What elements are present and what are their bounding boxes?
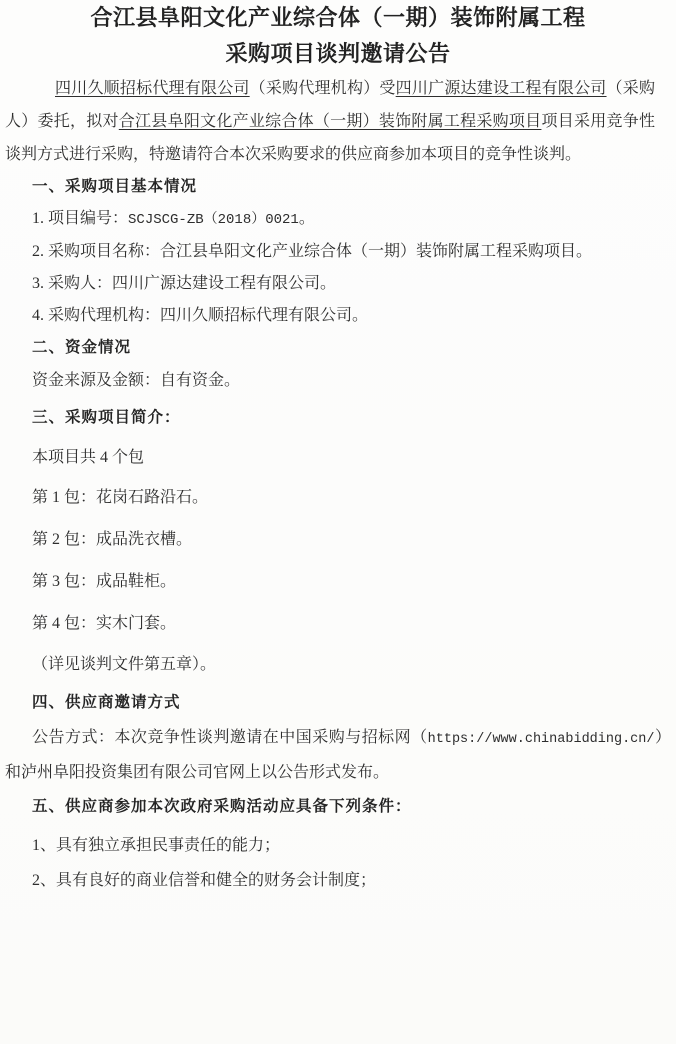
purchaser-name: 四川广源达建设工程有限公司	[396, 80, 607, 97]
project-number-item: 1. 项目编号：SCJSCG-ZB（2018）0021。	[5, 203, 671, 236]
package-4-item: 第 4 包：实木门套。	[5, 603, 671, 645]
section-2-heading: 二、资金情况	[5, 332, 671, 364]
project-name-item: 2. 采购项目名称：合江县阜阳文化产业综合体（一期）装饰附属工程采购项目。	[5, 236, 671, 268]
announcement-method-paragraph: 公告方式：本次竞争性谈判邀请在中国采购与招标网（https://www.chin…	[5, 721, 671, 789]
procurement-agency-name: 四川久顺招标代理有限公司	[55, 80, 250, 97]
condition-2-item: 2、具有良好的商业信誉和健全的财务会计制度；	[5, 867, 671, 895]
agency-role-text: （采购代理机构）受	[250, 80, 396, 97]
see-chapter-note: （详见谈判文件第五章）。	[5, 645, 671, 685]
section-3-heading: 三、采购项目简介：	[5, 397, 671, 439]
announcement-prefix: 公告方式：本次竞争性谈判邀请在中国采购与招标网（	[32, 729, 428, 746]
funding-source-line: 资金来源及金额：自有资金。	[5, 364, 671, 397]
project-number-code: SCJSCG-ZB（2018）0021	[128, 212, 299, 228]
package-1-item: 第 1 包：花岗石路沿石。	[5, 477, 671, 519]
package-2-item: 第 2 包：成品洗衣槽。	[5, 519, 671, 561]
condition-1-item: 1、具有独立承担民事责任的能力；	[5, 825, 671, 867]
project-name: 合江县阜阳文化产业综合体（一期）装饰附属工程采购项目	[119, 113, 542, 130]
section-1-heading: 一、采购项目基本情况	[5, 171, 671, 203]
section-5-heading: 五、供应商参加本次政府采购活动应具备下列条件：	[5, 789, 671, 825]
package-3-item: 第 3 包：成品鞋柜。	[5, 561, 671, 603]
package-count-line: 本项目共 4 个包	[5, 439, 671, 477]
intro-paragraph: 四川久顺招标代理有限公司（采购代理机构）受四川广源达建设工程有限公司（采购人）委…	[5, 72, 655, 171]
section-4-heading: 四、供应商邀请方式	[5, 685, 671, 721]
purchaser-item: 3. 采购人：四川广源达建设工程有限公司。	[5, 268, 671, 300]
project-number-label: 1. 项目编号：	[32, 210, 128, 227]
chinabidding-url: https://www.chinabidding.cn/	[428, 732, 655, 747]
document-page: 合江县阜阳文化产业综合体（一期）装饰附属工程 采购项目谈判邀请公告 四川久顺招标…	[0, 0, 676, 1044]
document-title-line2: 采购项目谈判邀请公告	[5, 36, 671, 72]
agency-item: 4. 采购代理机构：四川久顺招标代理有限公司。	[5, 300, 671, 332]
document-title-line1: 合江县阜阳文化产业综合体（一期）装饰附属工程	[5, 0, 671, 36]
